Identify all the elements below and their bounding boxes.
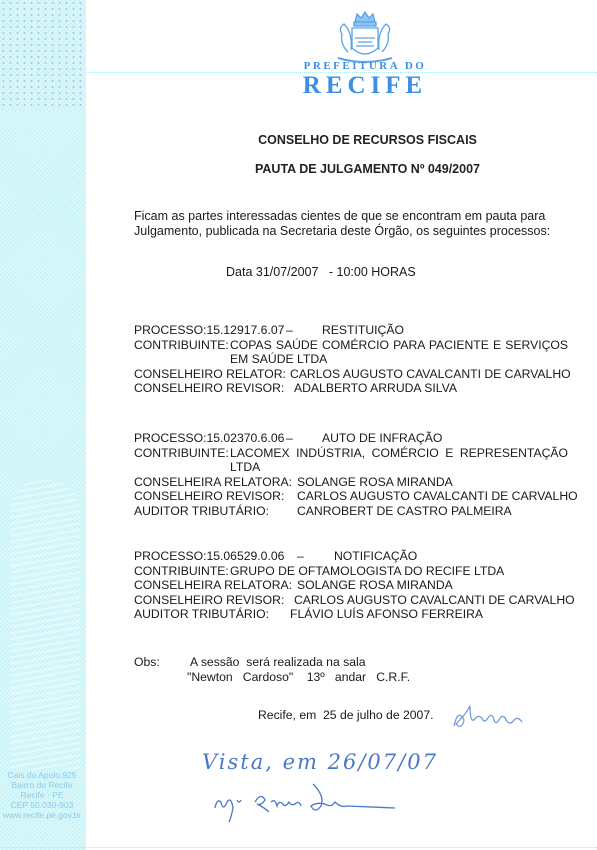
contribuinte-row-cont: EM SAÚDE LTDA — [134, 352, 594, 367]
role-value: SOLANGE ROSA MIRANDA — [297, 475, 453, 490]
role-row: AUDITOR TRIBUTÁRIO: FLÁVIO LUÍS AFONSO F… — [134, 607, 594, 622]
contribuinte-label: CONTRIBUINTE: — [134, 446, 229, 461]
contribuinte-label: CONTRIBUINTE: — [134, 338, 229, 353]
process-header: PROCESSO:15.06529.0.06 – NOTIFICAÇÃO — [134, 549, 594, 564]
pauta-title: PAUTA DE JULGAMENTO Nº 049/2007 — [150, 162, 585, 176]
contribuinte-name-cont: LTDA — [230, 460, 260, 475]
process-number: PROCESSO:15.06529.0.06 — [134, 549, 284, 564]
role-label: AUDITOR TRIBUTÁRIO: — [134, 607, 269, 622]
role-label: CONSELHEIRO REVISOR: — [134, 489, 284, 504]
address-website: www.recife.pe.gov.br — [0, 810, 86, 820]
role-row: CONSELHEIRO REVISOR: CARLOS AUGUSTO CAVA… — [134, 593, 594, 608]
process-type: RESTITUIÇÃO — [322, 323, 404, 338]
handwritten-note: Vista, em 26/07/07 — [202, 750, 438, 774]
address-line: Bairro do Recife — [0, 780, 86, 790]
role-row: AUDITOR TRIBUTÁRIO: CANROBERT DE CASTRO … — [134, 504, 594, 519]
role-row: CONSELHEIRO REVISOR: ADALBERTO ARRUDA SI… — [134, 381, 594, 396]
address-line: Recife - PE — [0, 790, 86, 800]
process-entry: PROCESSO:15.02370.6.06 – AUTO DE INFRAÇÃ… — [134, 431, 594, 518]
role-row: CONSELHEIRO RELATOR: CARLOS AUGUSTO CAVA… — [134, 367, 594, 382]
address-line: Cais do Apolo,925 — [0, 770, 86, 780]
letterhead-prefeitura: PREFEITURA DO — [290, 60, 440, 72]
org-title: CONSELHO DE RECURSOS FISCAIS — [150, 133, 585, 147]
role-row: CONSELHEIRO REVISOR: CARLOS AUGUSTO CAVA… — [134, 489, 594, 504]
role-value: CANROBERT DE CASTRO PALMEIRA — [297, 504, 512, 519]
role-label: AUDITOR TRIBUTÁRIO: — [134, 504, 269, 519]
role-row: CONSELHEIRA RELATORA: SOLANGE ROSA MIRAN… — [134, 578, 594, 593]
process-entry: PROCESSO:15.06529.0.06 – NOTIFICAÇÃO CON… — [134, 549, 594, 622]
role-value: SOLANGE ROSA MIRANDA — [297, 578, 453, 593]
sidebar-city-illustration — [10, 480, 80, 770]
role-value: CARLOS AUGUSTO CAVALCANTI DE CARVALHO — [297, 489, 578, 504]
role-value: ADALBERTO ARRUDA SILVA — [294, 381, 457, 396]
contribuinte-row: CONTRIBUINTE: LACOMEX INDÚSTRIA, COMÉRCI… — [134, 446, 594, 461]
sidebar-pattern — [0, 0, 86, 110]
process-dash: – — [286, 431, 293, 446]
address-block: Cais do Apolo,925 Bairro do Recife Recif… — [0, 770, 86, 820]
intro-paragraph: Ficam as partes interessadas cientes de … — [134, 209, 584, 239]
contribuinte-name: GRUPO DE OFTAMOLOGISTA DO RECIFE LTDA — [230, 564, 504, 579]
letterhead-recife: RECIFE — [290, 72, 440, 100]
role-value: CARLOS AUGUSTO CAVALCANTI DE CARVALHO — [294, 593, 575, 608]
process-dash: – — [286, 323, 293, 338]
process-entry: PROCESSO:15.12917.6.07 – RESTITUIÇÃO CON… — [134, 323, 594, 396]
obs-text: "Newton Cardoso" 13º andar C.R.F. — [187, 670, 410, 685]
contribuinte-name: LACOMEX INDÚSTRIA, COMÉRCIO E REPRESENTA… — [230, 446, 568, 461]
process-type: AUTO DE INFRAÇÃO — [322, 431, 442, 446]
process-type: NOTIFICAÇÃO — [334, 549, 417, 564]
process-dash: – — [297, 549, 304, 564]
role-label: CONSELHEIRO REVISOR: — [134, 593, 284, 608]
contribuinte-label: CONTRIBUINTE: — [134, 564, 229, 579]
role-row: CONSELHEIRA RELATORA: SOLANGE ROSA MIRAN… — [134, 475, 594, 490]
handwritten-signature-icon — [205, 778, 415, 823]
role-value: CARLOS AUGUSTO CAVALCANTI DE CARVALHO — [290, 367, 571, 382]
contribuinte-row-cont: LTDA — [134, 460, 594, 475]
process-number: PROCESSO:15.12917.6.07 — [134, 323, 284, 338]
role-label: CONSELHEIRO REVISOR: — [134, 381, 284, 396]
role-value: FLÁVIO LUÍS AFONSO FERREIRA — [290, 607, 483, 622]
session-date: Data 31/07/2007 - 10:00 HORAS — [226, 265, 416, 279]
role-label: CONSELHEIRA RELATORA: — [134, 475, 292, 490]
process-header: PROCESSO:15.12917.6.07 – RESTITUIÇÃO — [134, 323, 594, 338]
footer-divider — [0, 847, 597, 849]
process-header: PROCESSO:15.02370.6.06 – AUTO DE INFRAÇÃ… — [134, 431, 594, 446]
contribuinte-row: CONTRIBUINTE: GRUPO DE OFTAMOLOGISTA DO … — [134, 564, 594, 579]
obs-text: A sessão será realizada na sala — [190, 655, 365, 670]
coat-of-arms-icon — [320, 8, 410, 68]
intro-line: Ficam as partes interessadas cientes de … — [134, 209, 584, 224]
role-label: CONSELHEIRA RELATORA: — [134, 578, 292, 593]
intro-line: Julgamento, publicada na Secretaria dest… — [134, 224, 584, 239]
role-label: CONSELHEIRO RELATOR: — [134, 367, 286, 382]
letterhead-sidebar: Cais do Apolo,925 Bairro do Recife Recif… — [0, 0, 86, 850]
address-line: CEP 50.030-903 — [0, 800, 86, 810]
contribuinte-row: CONTRIBUINTE: COPAS SAÚDE COMÉRCIO PARA … — [134, 338, 594, 353]
place-date: Recife, em 25 de julho de 2007. — [258, 708, 433, 722]
process-number: PROCESSO:15.02370.6.06 — [134, 431, 284, 446]
contribuinte-name: COPAS SAÚDE COMÉRCIO PARA PACIENTE E SER… — [230, 338, 568, 353]
signature-icon — [448, 700, 528, 734]
obs-label: Obs: — [134, 655, 160, 670]
contribuinte-name-cont: EM SAÚDE LTDA — [230, 352, 327, 367]
